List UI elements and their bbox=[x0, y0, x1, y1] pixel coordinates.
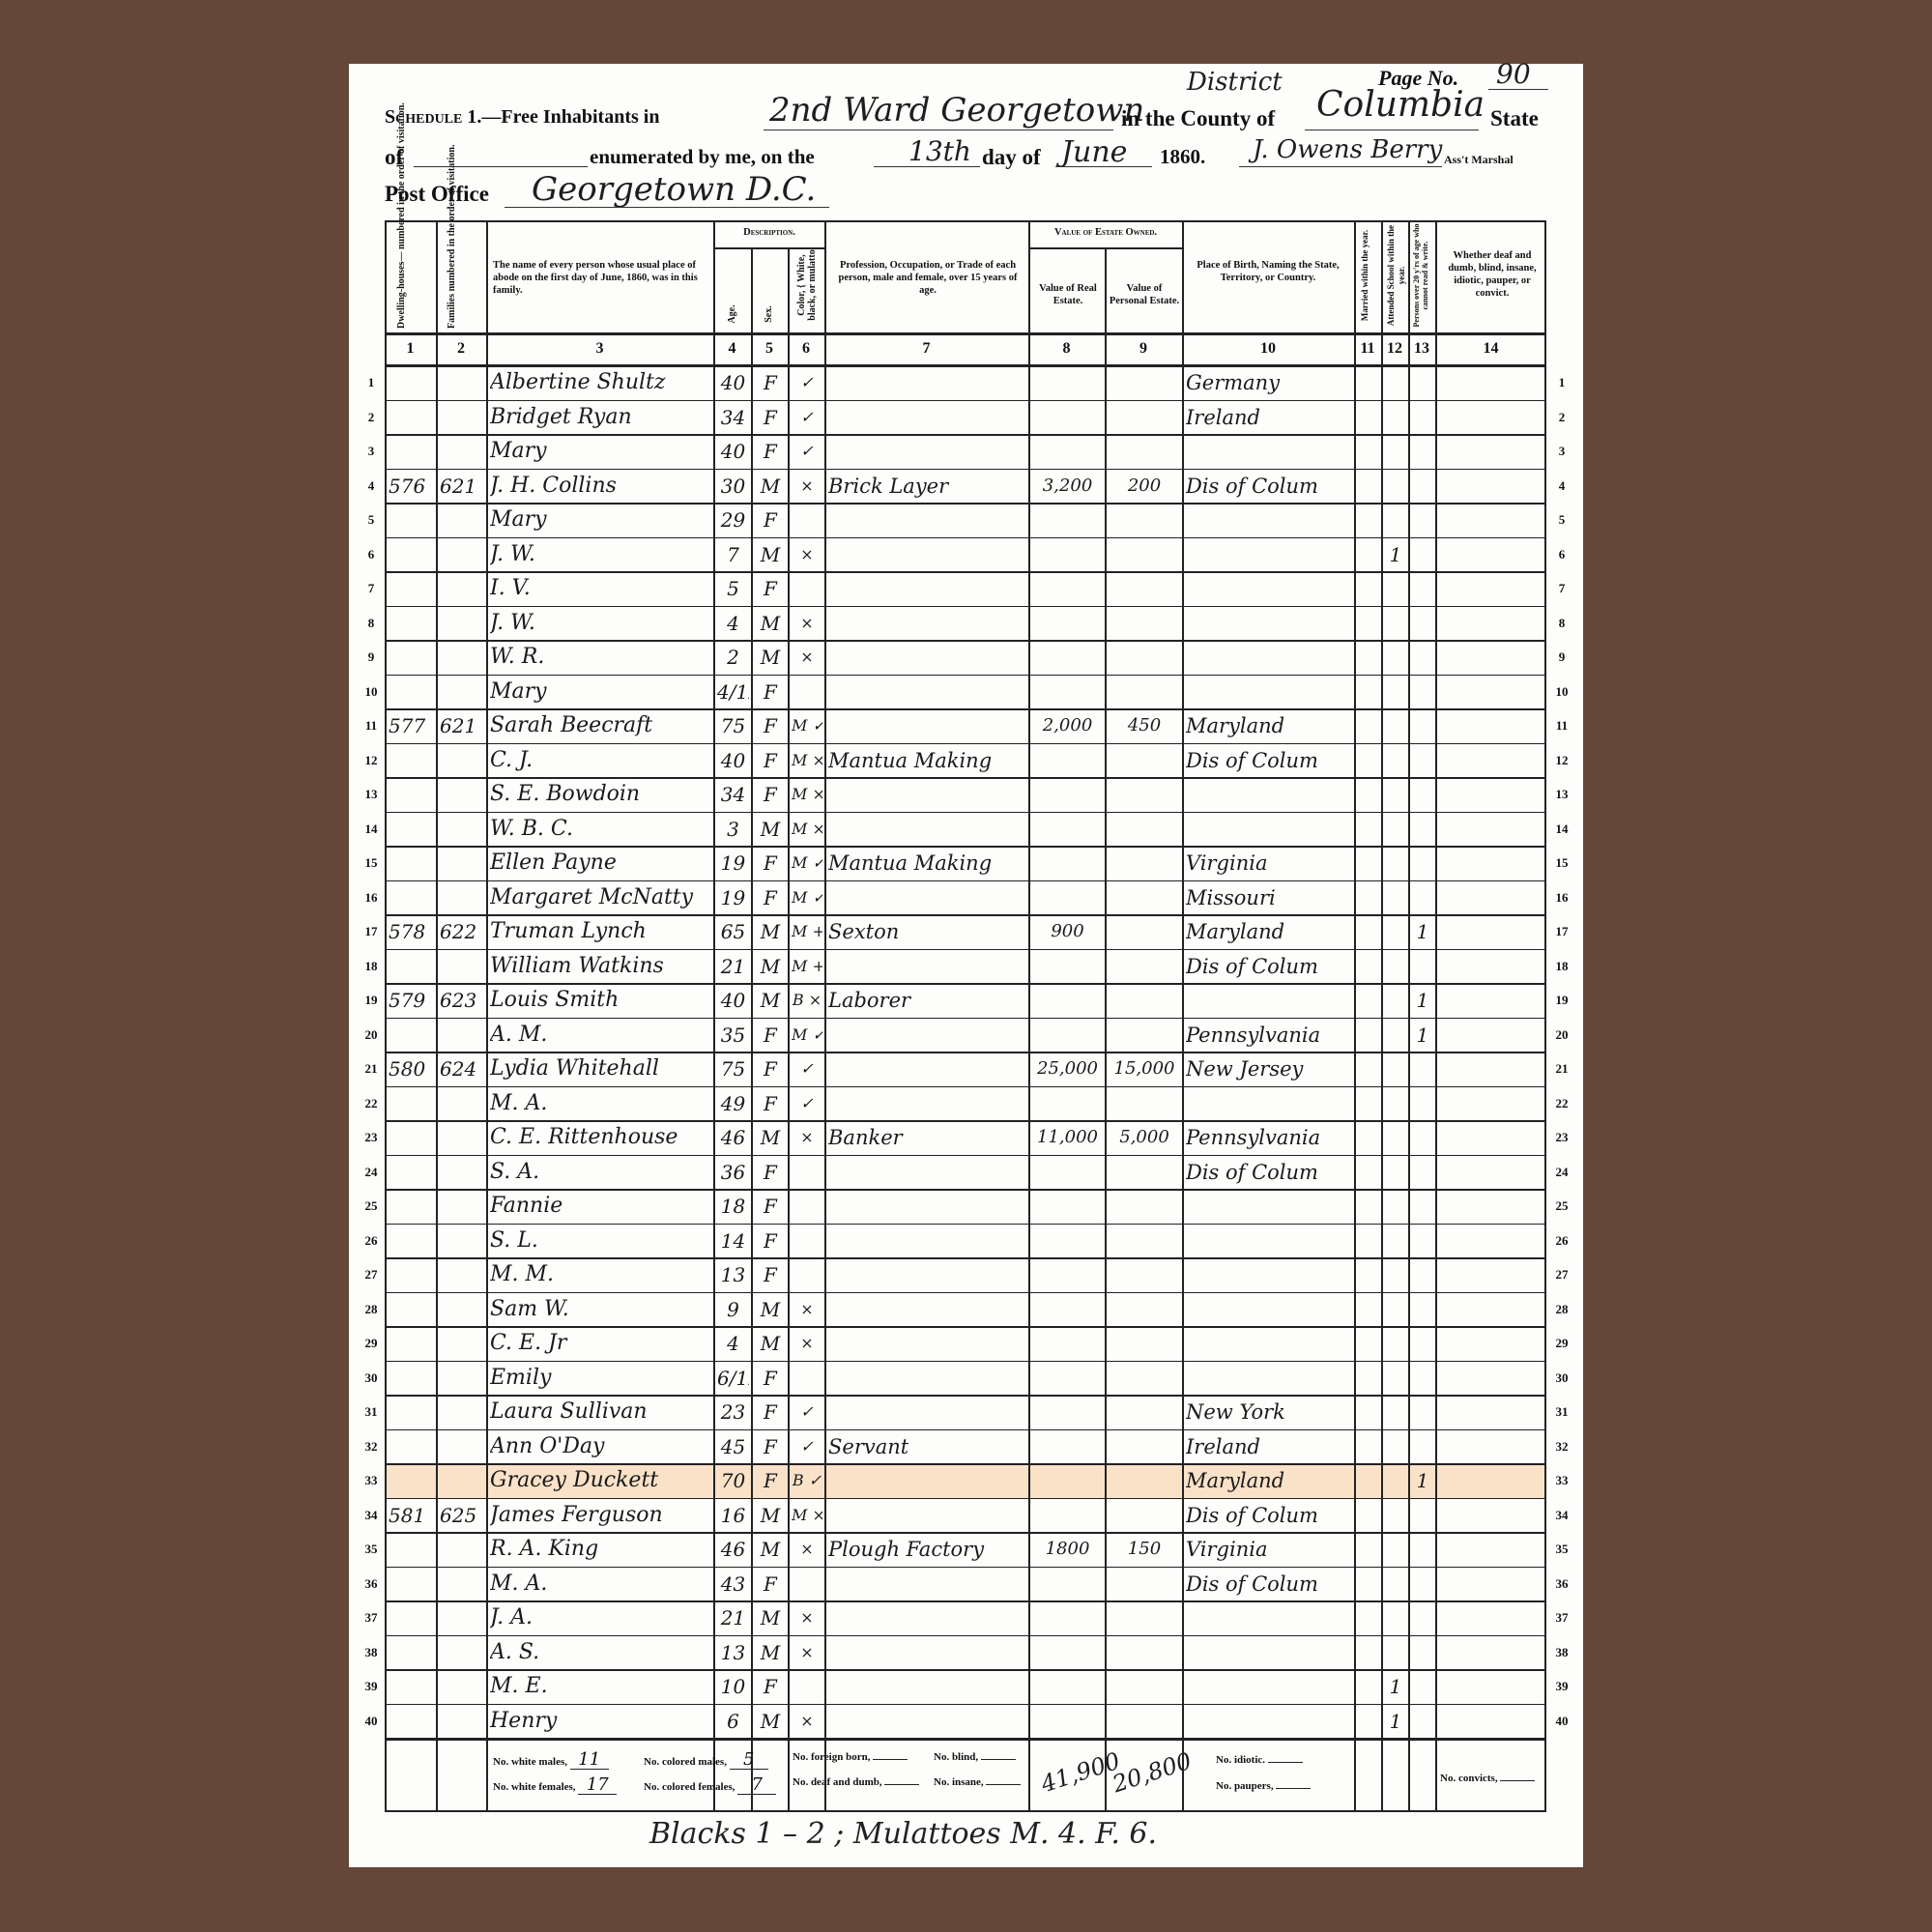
real-estate-value: 25,000 bbox=[1032, 1053, 1103, 1085]
cannot-read-write: 1 bbox=[1412, 984, 1433, 1017]
sex: F bbox=[755, 1362, 786, 1395]
line-number: 39 bbox=[1550, 1679, 1573, 1694]
sex: F bbox=[755, 366, 786, 399]
cannot-read-write: 1 bbox=[1412, 1019, 1433, 1052]
page-number-underline bbox=[1488, 89, 1548, 90]
row-divider bbox=[1028, 247, 1182, 249]
sex: M bbox=[755, 607, 786, 640]
sex: F bbox=[755, 744, 786, 777]
age: 6/12 bbox=[717, 1362, 749, 1395]
sex: F bbox=[755, 1053, 786, 1085]
deaf-dumb-label: No. deaf and dumb, bbox=[793, 1776, 882, 1788]
footer-convicts: No. convicts, bbox=[1440, 1773, 1535, 1784]
line-number: 19 bbox=[360, 993, 383, 1008]
column-number: 4 bbox=[713, 340, 751, 358]
line-number: 31 bbox=[1550, 1404, 1573, 1420]
column-divider bbox=[1354, 220, 1356, 1812]
line-number: 32 bbox=[1550, 1439, 1573, 1455]
age: 45 bbox=[717, 1430, 749, 1463]
person-name: Lydia Whitehall bbox=[490, 1053, 711, 1085]
age: 19 bbox=[717, 881, 749, 914]
col11-heading: Married within the year. bbox=[1360, 222, 1370, 329]
line-number: 3 bbox=[1550, 444, 1573, 459]
line-number: 6 bbox=[1550, 547, 1573, 562]
colored-males-label: No. colored males, bbox=[644, 1756, 727, 1768]
county-underline bbox=[1305, 130, 1479, 130]
col8-heading: Value of Real Estate. bbox=[1032, 282, 1104, 307]
sex: F bbox=[755, 504, 786, 536]
column-divider bbox=[436, 220, 438, 1812]
bottom-note: Blacks 1 – 2 ; Mulattoes M. 4. F. 6. bbox=[649, 1817, 1157, 1851]
idiotic-blank bbox=[1268, 1761, 1303, 1763]
color: ✓ bbox=[792, 366, 822, 399]
line-number: 32 bbox=[360, 1439, 383, 1455]
column-divider bbox=[751, 247, 753, 1812]
convicts-label: No. convicts, bbox=[1440, 1773, 1498, 1784]
line-number: 15 bbox=[360, 855, 383, 871]
column-number: 7 bbox=[824, 340, 1028, 358]
line-number: 34 bbox=[360, 1508, 383, 1523]
line-number: 33 bbox=[1550, 1473, 1573, 1488]
sex: F bbox=[755, 1396, 786, 1428]
birthplace: New York bbox=[1186, 1396, 1352, 1428]
age: 19 bbox=[717, 847, 749, 879]
color: M × bbox=[792, 778, 822, 811]
family-number: 623 bbox=[440, 984, 484, 1017]
person-name: M. E. bbox=[490, 1670, 711, 1703]
personal-estate-value: 150 bbox=[1109, 1533, 1180, 1566]
attended-school: 1 bbox=[1385, 538, 1406, 571]
cannot-read-write: 1 bbox=[1412, 915, 1433, 948]
column-number: 8 bbox=[1028, 340, 1105, 358]
person-name: W. R. bbox=[490, 641, 711, 674]
sex: F bbox=[755, 1019, 786, 1052]
line-number: 23 bbox=[360, 1130, 383, 1145]
line-number: 3 bbox=[360, 444, 383, 459]
sex: M bbox=[755, 641, 786, 674]
line-number: 11 bbox=[360, 718, 383, 734]
person-name: S. A. bbox=[490, 1156, 711, 1189]
line-number: 4 bbox=[1550, 478, 1573, 494]
line-number: 36 bbox=[1550, 1576, 1573, 1592]
line-number: 40 bbox=[1550, 1714, 1573, 1729]
age: 13 bbox=[717, 1636, 749, 1669]
line-number: 8 bbox=[1550, 616, 1573, 631]
footer-deaf-dumb: No. deaf and dumb, bbox=[793, 1776, 919, 1788]
color: ✓ bbox=[792, 1053, 822, 1085]
age: 34 bbox=[717, 778, 749, 811]
birthplace: Dis of Colum bbox=[1186, 1499, 1352, 1532]
age: 5 bbox=[717, 572, 749, 605]
age: 40 bbox=[717, 744, 749, 777]
color: × bbox=[792, 1121, 822, 1154]
sex: M bbox=[755, 1705, 786, 1738]
dwelling-number: 577 bbox=[389, 709, 434, 742]
footer-idiotic: No. idiotic. bbox=[1216, 1754, 1303, 1766]
age: 49 bbox=[717, 1087, 749, 1120]
person-name: James Ferguson bbox=[490, 1499, 711, 1532]
month-underline bbox=[1055, 166, 1152, 167]
person-name: Bridget Ryan bbox=[490, 401, 711, 434]
real-estate-value: 11,000 bbox=[1032, 1121, 1103, 1154]
sex: F bbox=[755, 572, 786, 605]
occupation: Sexton bbox=[828, 915, 1026, 948]
sex: M bbox=[755, 984, 786, 1017]
person-name: C. J. bbox=[490, 744, 711, 777]
dwelling-number: 576 bbox=[389, 470, 434, 503]
line-number: 14 bbox=[360, 822, 383, 837]
age: 7 bbox=[717, 538, 749, 571]
line-number: 6 bbox=[360, 547, 383, 562]
sex: M bbox=[755, 538, 786, 571]
person-name: J. A. bbox=[490, 1601, 711, 1634]
birthplace: Maryland bbox=[1186, 1464, 1352, 1497]
white-females-value: 17 bbox=[578, 1776, 617, 1795]
line-number: 17 bbox=[1550, 924, 1573, 939]
line-number: 40 bbox=[360, 1714, 383, 1729]
line-number: 21 bbox=[360, 1061, 383, 1077]
family-number: 621 bbox=[440, 709, 484, 742]
line-number: 34 bbox=[1550, 1508, 1573, 1523]
color: M × bbox=[792, 813, 822, 846]
column-divider bbox=[1435, 220, 1437, 1812]
birthplace: Missouri bbox=[1186, 881, 1352, 914]
person-name: William Watkins bbox=[490, 950, 711, 983]
line-number: 10 bbox=[360, 684, 383, 700]
age: 23 bbox=[717, 1396, 749, 1428]
line-number: 15 bbox=[1550, 855, 1573, 871]
person-name: M. A. bbox=[490, 1568, 711, 1600]
cannot-read-write: 1 bbox=[1412, 1464, 1433, 1497]
age: 29 bbox=[717, 504, 749, 536]
person-name: A. S. bbox=[490, 1636, 711, 1669]
line-number: 19 bbox=[1550, 993, 1573, 1008]
age: 43 bbox=[717, 1568, 749, 1600]
sex: F bbox=[755, 1258, 786, 1291]
color: × bbox=[792, 607, 822, 640]
line-number: 5 bbox=[360, 512, 383, 528]
day-of-label: day of bbox=[982, 145, 1041, 170]
enumerated-label: enumerated by me, on the bbox=[590, 145, 815, 169]
color: ✓ bbox=[792, 1396, 822, 1428]
footer-foreign-born: No. foreign born, bbox=[793, 1751, 908, 1763]
sex: M bbox=[755, 1499, 786, 1532]
person-name: R. A. King bbox=[490, 1533, 711, 1566]
col6-heading: Color, { White, black, or mulatto bbox=[796, 242, 818, 329]
line-number: 25 bbox=[1550, 1198, 1573, 1214]
idiotic-label: No. idiotic. bbox=[1216, 1754, 1265, 1766]
birthplace: Dis of Colum bbox=[1186, 470, 1352, 503]
footer-colored-males: No. colored males, 5 bbox=[644, 1751, 768, 1770]
line-number: 36 bbox=[360, 1576, 383, 1592]
line-number: 9 bbox=[360, 649, 383, 665]
ward-field: 2nd Ward Georgetown bbox=[769, 91, 1144, 130]
family-number: 624 bbox=[440, 1053, 484, 1085]
line-number: 11 bbox=[1550, 718, 1573, 734]
line-number: 28 bbox=[1550, 1302, 1573, 1317]
color: M + bbox=[792, 950, 822, 983]
line-number: 16 bbox=[360, 890, 383, 906]
sex: M bbox=[755, 1293, 786, 1326]
column-number: 6 bbox=[788, 340, 824, 358]
personal-estate-value: 450 bbox=[1109, 709, 1180, 742]
district-note: District bbox=[1187, 68, 1283, 97]
convicts-blank bbox=[1500, 1779, 1535, 1781]
birthplace: Pennsylvania bbox=[1186, 1121, 1352, 1154]
sex: F bbox=[755, 778, 786, 811]
line-number: 22 bbox=[1550, 1096, 1573, 1111]
white-females-label: No. white females, bbox=[493, 1781, 576, 1793]
colored-females-label: No. colored females, bbox=[644, 1781, 735, 1793]
col12-heading: Attended School within the year. bbox=[1386, 222, 1407, 329]
person-name: Margaret McNatty bbox=[490, 881, 711, 914]
line-number: 24 bbox=[360, 1165, 383, 1180]
line-number: 37 bbox=[360, 1610, 383, 1626]
sex: M bbox=[755, 470, 786, 503]
person-name: S. E. Bowdoin bbox=[490, 778, 711, 811]
person-name: Mary bbox=[490, 435, 711, 468]
line-number: 1 bbox=[1550, 375, 1573, 390]
color: B × bbox=[792, 984, 822, 1017]
sex: M bbox=[755, 1636, 786, 1669]
column-number: 11 bbox=[1354, 340, 1381, 358]
line-number: 8 bbox=[360, 616, 383, 631]
col7-heading: Profession, Occupation, or Trade of each… bbox=[831, 259, 1024, 297]
line-number: 35 bbox=[360, 1542, 383, 1557]
sex: F bbox=[755, 1464, 786, 1497]
sex: F bbox=[755, 1190, 786, 1223]
person-name: Sarah Beecraft bbox=[490, 709, 711, 742]
day-field: 13th bbox=[908, 135, 971, 167]
line-number: 12 bbox=[1550, 753, 1573, 768]
person-name: Laura Sullivan bbox=[490, 1396, 711, 1428]
person-name: Henry bbox=[490, 1705, 711, 1738]
column-number: 2 bbox=[436, 340, 486, 358]
color: × bbox=[792, 538, 822, 571]
age: 21 bbox=[717, 950, 749, 983]
dwelling-number: 578 bbox=[389, 915, 434, 948]
occupation: Banker bbox=[828, 1121, 1026, 1154]
person-name: C. E. Rittenhouse bbox=[490, 1121, 711, 1154]
age: 13 bbox=[717, 1258, 749, 1291]
family-number: 621 bbox=[440, 470, 484, 503]
birthplace: Virginia bbox=[1186, 847, 1352, 879]
footer-white-females: No. white females, 17 bbox=[493, 1776, 617, 1795]
age: 35 bbox=[717, 1019, 749, 1052]
personal-estate-value: 200 bbox=[1109, 470, 1180, 503]
birthplace: New Jersey bbox=[1186, 1053, 1352, 1085]
occupation: Servant bbox=[828, 1430, 1026, 1463]
line-number: 38 bbox=[1550, 1645, 1573, 1660]
person-name: W. B. C. bbox=[490, 813, 711, 846]
color: × bbox=[792, 1533, 822, 1566]
col13-heading: Persons over 20 y'rs of age who cannot r… bbox=[1412, 222, 1429, 329]
person-name: I. V. bbox=[490, 572, 711, 605]
col3-heading: The name of every person whose usual pla… bbox=[493, 259, 707, 297]
column-divider bbox=[486, 220, 488, 1812]
insane-blank bbox=[986, 1783, 1021, 1785]
color: × bbox=[792, 1327, 822, 1360]
color: M ✓ bbox=[792, 881, 822, 914]
sex: M bbox=[755, 950, 786, 983]
line-number: 37 bbox=[1550, 1610, 1573, 1626]
occupation: Plough Factory bbox=[828, 1533, 1026, 1566]
line-number: 24 bbox=[1550, 1165, 1573, 1180]
column-number: 14 bbox=[1435, 340, 1546, 358]
age: 46 bbox=[717, 1533, 749, 1566]
color: × bbox=[792, 1601, 822, 1634]
column-divider bbox=[1381, 220, 1383, 1812]
color: × bbox=[792, 1705, 822, 1738]
person-name: Mary bbox=[490, 504, 711, 536]
person-name: Ann O'Day bbox=[490, 1430, 711, 1463]
color: B ✓ bbox=[792, 1464, 822, 1497]
age: 21 bbox=[717, 1601, 749, 1634]
color: × bbox=[792, 1293, 822, 1326]
column-divider bbox=[1408, 220, 1410, 1812]
birthplace: Dis of Colum bbox=[1186, 1568, 1352, 1600]
attended-school: 1 bbox=[1385, 1705, 1406, 1738]
line-number: 9 bbox=[1550, 649, 1573, 665]
age: 40 bbox=[717, 366, 749, 399]
age: 34 bbox=[717, 401, 749, 434]
birthplace: Dis of Colum bbox=[1186, 744, 1352, 777]
person-name: Fannie bbox=[490, 1190, 711, 1223]
county-label: in the County of bbox=[1121, 106, 1275, 131]
column-number: 1 bbox=[385, 340, 436, 358]
sex: F bbox=[755, 401, 786, 434]
column-number: 12 bbox=[1381, 340, 1408, 358]
color: ✓ bbox=[792, 1087, 822, 1120]
col9-heading: Value of Personal Estate. bbox=[1108, 282, 1181, 307]
sex: F bbox=[755, 1156, 786, 1189]
footer-paupers: No. paupers, bbox=[1216, 1780, 1311, 1792]
blind-blank bbox=[981, 1758, 1016, 1760]
line-number: 13 bbox=[1550, 787, 1573, 802]
occupation: Brick Layer bbox=[828, 470, 1026, 503]
color: M + bbox=[792, 915, 822, 948]
family-number: 625 bbox=[440, 1499, 484, 1532]
sex: F bbox=[755, 1670, 786, 1703]
sex: F bbox=[755, 709, 786, 742]
family-number: 622 bbox=[440, 915, 484, 948]
age: 18 bbox=[717, 1190, 749, 1223]
marshal-underline bbox=[1239, 166, 1442, 167]
color: M ✓ bbox=[792, 847, 822, 879]
col4-heading: Age. bbox=[727, 300, 737, 329]
state-label: State bbox=[1490, 106, 1539, 131]
real-estate-value: 2,000 bbox=[1032, 709, 1103, 742]
column-divider bbox=[788, 247, 790, 1812]
footer-white-males: No. white males, 11 bbox=[493, 1751, 609, 1770]
col5-heading: Sex. bbox=[764, 300, 774, 329]
column-divider bbox=[824, 220, 826, 1812]
post-office-field: Georgetown D.C. bbox=[532, 170, 816, 209]
post-office-underline bbox=[505, 207, 829, 208]
age: 3 bbox=[717, 813, 749, 846]
color: ✓ bbox=[792, 401, 822, 434]
color: × bbox=[792, 641, 822, 674]
line-number: 20 bbox=[1550, 1027, 1573, 1043]
sex: M bbox=[755, 1533, 786, 1566]
person-name: Mary bbox=[490, 676, 711, 708]
sex: F bbox=[755, 676, 786, 708]
deaf-dumb-blank bbox=[884, 1783, 919, 1785]
description-group-heading: Description. bbox=[715, 226, 823, 239]
age: 30 bbox=[717, 470, 749, 503]
free-inhabitants-label: —Free Inhabitants in bbox=[481, 106, 659, 128]
person-name: J. W. bbox=[490, 538, 711, 571]
col1-heading: Dwelling-houses— numbered in the order o… bbox=[396, 222, 407, 329]
line-number: 18 bbox=[1550, 959, 1573, 974]
line-number: 25 bbox=[360, 1198, 383, 1214]
age: 40 bbox=[717, 984, 749, 1017]
line-number: 39 bbox=[360, 1679, 383, 1694]
color: M × bbox=[792, 744, 822, 777]
sex: F bbox=[755, 881, 786, 914]
birthplace: Ireland bbox=[1186, 401, 1352, 434]
birthplace: Ireland bbox=[1186, 1430, 1352, 1463]
person-name: Ellen Payne bbox=[490, 847, 711, 879]
line-number: 16 bbox=[1550, 890, 1573, 906]
column-number: 13 bbox=[1408, 340, 1435, 358]
ward-underline bbox=[764, 130, 1113, 130]
column-divider bbox=[1182, 220, 1184, 1812]
sex: F bbox=[755, 847, 786, 879]
person-name: S. L. bbox=[490, 1225, 711, 1257]
line-number: 13 bbox=[360, 787, 383, 802]
white-males-value: 11 bbox=[570, 1751, 609, 1770]
line-number: 27 bbox=[360, 1267, 383, 1283]
column-number: 3 bbox=[486, 340, 713, 358]
age: 4 bbox=[717, 1327, 749, 1360]
age: 4 bbox=[717, 607, 749, 640]
age: 65 bbox=[717, 915, 749, 948]
dwelling-number: 581 bbox=[389, 1499, 434, 1532]
row-divider bbox=[385, 332, 1546, 335]
birthplace: Dis of Colum bbox=[1186, 950, 1352, 983]
line-number: 18 bbox=[360, 959, 383, 974]
line-number: 29 bbox=[1550, 1336, 1573, 1351]
insane-label: No. insane, bbox=[934, 1776, 984, 1788]
birthplace: Maryland bbox=[1186, 709, 1352, 742]
person-name: Sam W. bbox=[490, 1293, 711, 1326]
occupation: Laborer bbox=[828, 984, 1026, 1017]
line-number: 17 bbox=[360, 924, 383, 939]
age: 10 bbox=[717, 1670, 749, 1703]
line-number: 2 bbox=[1550, 410, 1573, 425]
sex: M bbox=[755, 915, 786, 948]
county-field: Columbia bbox=[1316, 85, 1485, 125]
line-number: 26 bbox=[1550, 1233, 1573, 1249]
person-name: C. E. Jr bbox=[490, 1327, 711, 1360]
birthplace: Pennsylvania bbox=[1186, 1019, 1352, 1052]
state-underline bbox=[414, 166, 588, 167]
col2-heading: Families numbered in the order of visita… bbox=[447, 222, 457, 329]
person-name: Gracey Duckett bbox=[490, 1464, 711, 1497]
age: 2 bbox=[717, 641, 749, 674]
dwelling-number: 579 bbox=[389, 984, 434, 1017]
line-number: 7 bbox=[360, 581, 383, 596]
line-number: 33 bbox=[360, 1473, 383, 1488]
white-males-label: No. white males, bbox=[493, 1756, 567, 1768]
age: 70 bbox=[717, 1464, 749, 1497]
colored-males-value: 5 bbox=[730, 1751, 768, 1770]
marshal-label: Ass't Marshal bbox=[1444, 153, 1514, 167]
line-number: 35 bbox=[1550, 1542, 1573, 1557]
person-name: M. A. bbox=[490, 1087, 711, 1120]
line-number: 5 bbox=[1550, 512, 1573, 528]
